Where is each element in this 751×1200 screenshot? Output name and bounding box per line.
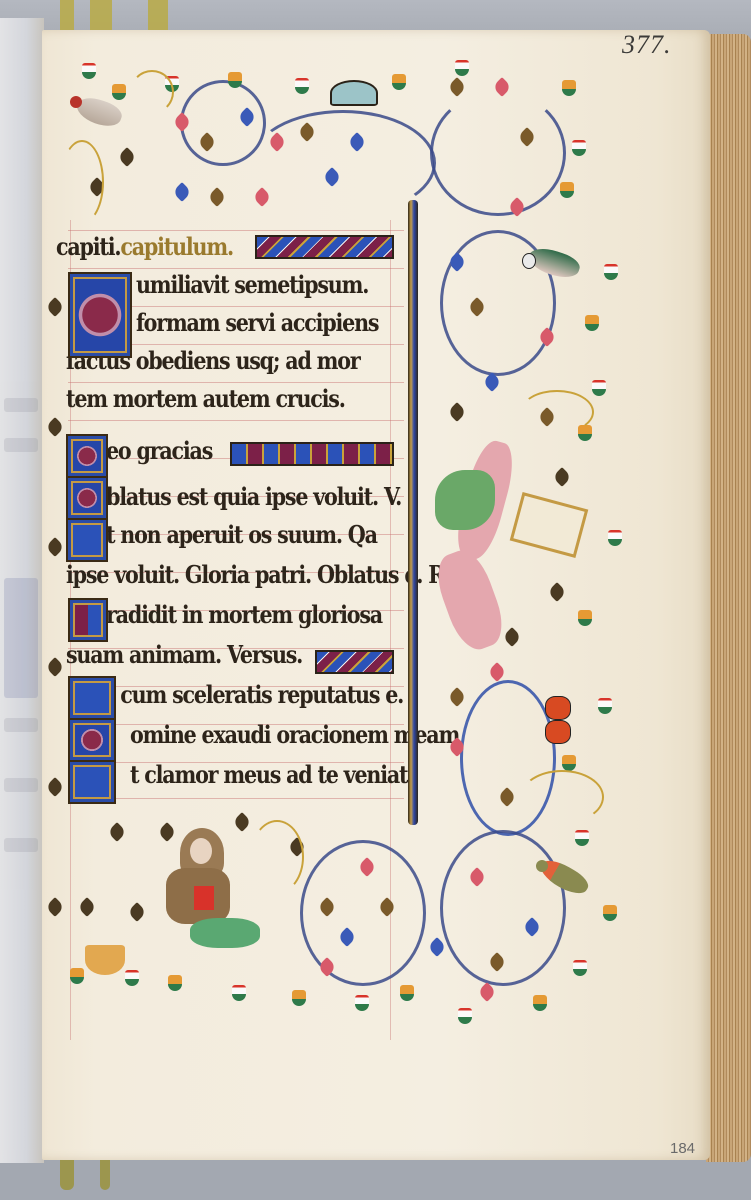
initial-e	[68, 760, 116, 804]
text-line: suam animam. Versus.	[66, 640, 302, 669]
text-block-page-edges	[706, 34, 751, 1162]
historiated-initial-h	[68, 272, 132, 358]
initial-t	[68, 598, 108, 642]
folio-number-pencil: 184	[670, 1140, 695, 1157]
text-line: t non aperuit os suum. Qa	[106, 520, 377, 549]
line-filler	[255, 235, 394, 259]
initial-d	[68, 718, 116, 762]
robin-bird	[530, 858, 600, 918]
initial-d	[66, 434, 108, 478]
blue-butterfly	[330, 80, 378, 106]
line-filler	[230, 442, 394, 466]
open-book	[515, 500, 583, 550]
orange-butterfly	[545, 696, 571, 744]
previous-leaf-edge	[0, 18, 44, 1163]
line-filler	[315, 650, 394, 674]
text-line: t clamor meus ad te veniat.	[130, 760, 413, 789]
text-line: blatus est quia ipse voluit. V.	[106, 482, 401, 511]
rubric-prefix: capiti.	[56, 232, 120, 261]
border-bar	[408, 200, 418, 825]
goldfinch-bird	[70, 92, 130, 142]
rubric-title: capitulum.	[120, 232, 233, 261]
folio-number-ink: 377.	[622, 30, 672, 60]
initial-e	[66, 518, 108, 562]
pink-hybrid-beast	[425, 430, 545, 670]
text-line: t cum sceleratis reputatus e.	[106, 680, 403, 709]
text-line: tem mortem autem crucis.	[66, 384, 345, 413]
monk-hybrid-figure	[160, 828, 270, 968]
text-line: formam servi accipiens	[136, 308, 378, 337]
rubric-line: capiti.capitulum.	[56, 232, 233, 261]
text-line: radidit in mortem gloriosa	[106, 600, 382, 629]
initial-e	[68, 676, 116, 720]
text-line: ipse voluit. Gloria patri. Oblatus e. R.	[66, 560, 450, 589]
text-line: umiliavit semetipsum.	[136, 270, 368, 299]
text-line: eo gracias	[106, 436, 212, 465]
yellow-butterfly	[85, 945, 125, 975]
initial-o	[66, 476, 108, 520]
green-wading-bird	[520, 245, 590, 295]
